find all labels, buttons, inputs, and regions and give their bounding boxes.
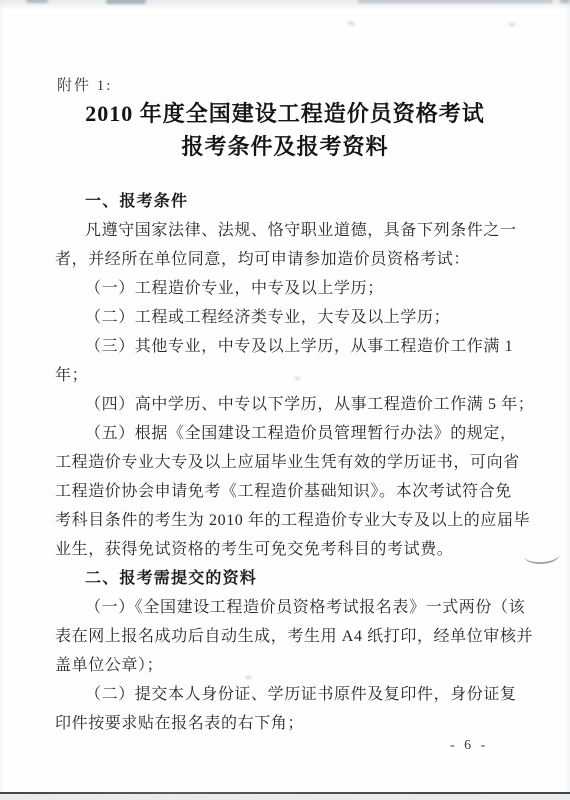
- body-line: 考科目条件的考生为 2010 年的工程造价专业大专及以上的应届毕: [55, 506, 521, 535]
- scan-speck: [509, 23, 515, 26]
- scan-edge-smudge: [358, 0, 553, 3]
- body-line: 业生，获得免试资格的考生可免交免考科目的考试费。: [55, 535, 521, 564]
- body-line: （二）提交本人身份证、学历证书原件及复印件，身份证复: [55, 680, 521, 709]
- document-title: 2010 年度全国建设工程造价员资格考试 报考条件及报考资料: [0, 97, 570, 163]
- body-line: （四）高中学历、中专以下学历，从事工程造价工作满 5 年；: [55, 390, 521, 419]
- body-line: （一）《全国建设工程造价员资格考试报名表》一式两份（该: [55, 593, 521, 622]
- scan-edge-smudge: [106, 0, 146, 4]
- body-line: （五）根据《全国建设工程造价员管理暂行办法》的规定，: [55, 419, 521, 448]
- body-line: （一）工程造价专业，中专及以上学历；: [55, 274, 521, 303]
- section1-heading: 一、报考条件: [55, 187, 521, 216]
- document-title-line2: 报考条件及报考资料: [0, 130, 570, 163]
- document-body: 一、报考条件 凡遵守国家法律、法规、恪守职业道德，具备下列条件之一 者，并经所在…: [55, 187, 521, 738]
- scan-speck: [348, 21, 356, 26]
- body-line: （三）其他专业，中专及以上学历，从事工程造价工作满 1: [55, 332, 521, 361]
- body-line: 者，并经所在单位同意，均可申请参加造价员资格考试：: [55, 245, 521, 274]
- scanned-document-page: 附件 1: 2010 年度全国建设工程造价员资格考试 报考条件及报考资料 一、报…: [0, 0, 570, 800]
- attachment-label: 附件 1:: [57, 74, 112, 95]
- document-title-line1: 2010 年度全国建设工程造价员资格考试: [0, 97, 570, 130]
- body-line: 工程造价专业大专及以上应届毕业生凭有效的学历证书，可向省: [55, 448, 521, 477]
- body-line: 凡遵守国家法律、法规、恪守职业道德，具备下列条件之一: [55, 216, 521, 245]
- body-line: （二）工程或工程经济类专业，大专及以上学历；: [55, 303, 521, 332]
- body-line: 印件按要求贴在报名表的右下角；: [55, 709, 521, 738]
- scan-edge-bottom-strip: [0, 794, 570, 800]
- body-line: 工程造价协会申请免考《工程造价基础知识》。本次考试符合免: [55, 477, 521, 506]
- body-line: 年；: [55, 361, 521, 390]
- scan-artifact-arc: [523, 545, 560, 565]
- scan-edge-smudge: [560, 0, 570, 3]
- scan-edge-smudge: [26, 0, 48, 3]
- body-line: 盖单位公章）；: [55, 651, 521, 680]
- section2-heading: 二、报考需提交的资料: [55, 564, 521, 593]
- body-line: 表在网上报名成功后自动生成，考生用 A4 纸打印，经单位审核并: [55, 622, 521, 651]
- page-number: - 6 -: [450, 738, 488, 754]
